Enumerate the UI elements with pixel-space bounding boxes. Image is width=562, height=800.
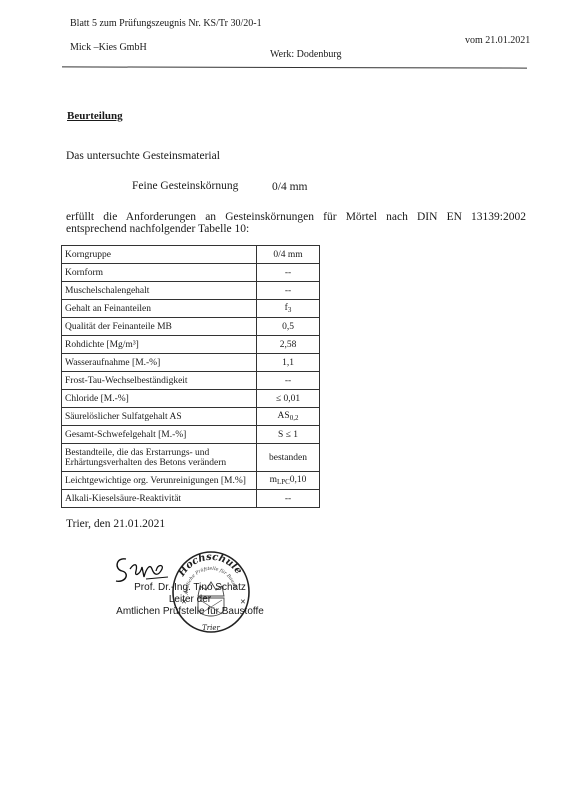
table-row: Gesamt-Schwefelgehalt [M.-%]S ≤ 1	[62, 426, 320, 444]
signatory-institution: Amtlichen Prüfstelle für Baustoffe	[90, 606, 290, 617]
value-cell: S ≤ 1	[257, 426, 320, 444]
statement-line-2: entsprechend nachfolgender Tabelle 10:	[66, 223, 249, 235]
value-cell: --	[257, 490, 320, 508]
table-row: Kornform--	[62, 264, 320, 282]
material-name: Feine Gesteinskörnung	[132, 180, 238, 192]
property-cell: Säurelöslicher Sulfatgehalt AS	[62, 408, 257, 426]
property-cell: Alkali-Kieselsäure-Reaktivität	[62, 490, 257, 508]
signatory-name: Prof. Dr.-Ing. Tino Schatz	[90, 582, 290, 593]
statement-line-1: erfüllt die Anforderungen an Gesteinskör…	[66, 211, 526, 223]
table-row: Rohdichte [Mg/m³]2,58	[62, 336, 320, 354]
table-row: Qualität der Feinanteile MB0,5	[62, 318, 320, 336]
value-cell: --	[257, 264, 320, 282]
property-cell: Korngruppe	[62, 246, 257, 264]
property-cell: Muschelschalengehalt	[62, 282, 257, 300]
table-row: Korngruppe0/4 mm	[62, 246, 320, 264]
property-cell: Kornform	[62, 264, 257, 282]
property-cell: Frost-Tau-Wechselbeständigkeit	[62, 372, 257, 390]
table-row: Alkali-Kieselsäure-Reaktivität--	[62, 490, 320, 508]
property-cell: Gehalt an Feinanteilen	[62, 300, 257, 318]
table-row: Leichtgewichtige org. Verunreinigungen […	[62, 472, 320, 490]
table-row: Bestandteile, die das Erstarrungs- undEr…	[62, 444, 320, 472]
header-divider	[62, 66, 527, 68]
property-cell: Rohdichte [Mg/m³]	[62, 336, 257, 354]
value-cell: bestanden	[257, 444, 320, 472]
svg-text:Hochschule: Hochschule	[176, 552, 244, 580]
section-title: Beurteilung	[67, 110, 123, 122]
value-cell: --	[257, 282, 320, 300]
value-cell: mLPC0,10	[257, 472, 320, 490]
svg-text:Trier: Trier	[202, 624, 220, 632]
value-cell: 1,1	[257, 354, 320, 372]
material-size: 0/4 mm	[272, 181, 307, 193]
plant-name: Werk: Dodenburg	[270, 49, 342, 60]
property-cell: Leichtgewichtige org. Verunreinigungen […	[62, 472, 257, 490]
property-cell: Chloride [M.-%]	[62, 390, 257, 408]
intro-text: Das untersuchte Gesteinsmaterial	[66, 150, 220, 162]
value-cell: --	[257, 372, 320, 390]
company-name: Mick –Kies GmbH	[70, 42, 147, 53]
table-row: Säurelöslicher Sulfatgehalt ASAS0,2	[62, 408, 320, 426]
property-cell: Wasseraufnahme [M.-%]	[62, 354, 257, 372]
sheet-reference: Blatt 5 zum Prüfungszeugnis Nr. KS/Tr 30…	[70, 18, 262, 29]
place-date: Trier, den 21.01.2021	[66, 518, 165, 530]
value-cell: 2,58	[257, 336, 320, 354]
signatory-role: Leiter der	[90, 594, 290, 605]
table-row: Chloride [M.-%]≤ 0,01	[62, 390, 320, 408]
table-row: Gehalt an Feinanteilenf3	[62, 300, 320, 318]
value-cell: ≤ 0,01	[257, 390, 320, 408]
table-row: Wasseraufnahme [M.-%]1,1	[62, 354, 320, 372]
property-cell: Bestandteile, die das Erstarrungs- undEr…	[62, 444, 257, 472]
value-cell: f3	[257, 300, 320, 318]
table-row: Frost-Tau-Wechselbeständigkeit--	[62, 372, 320, 390]
value-cell: 0/4 mm	[257, 246, 320, 264]
header-date: vom 21.01.2021	[465, 35, 530, 46]
requirements-table: Korngruppe0/4 mmKornform--Muschelschalen…	[61, 245, 320, 508]
property-cell: Gesamt-Schwefelgehalt [M.-%]	[62, 426, 257, 444]
value-cell: 0,5	[257, 318, 320, 336]
value-cell: AS0,2	[257, 408, 320, 426]
table-row: Muschelschalengehalt--	[62, 282, 320, 300]
property-cell: Qualität der Feinanteile MB	[62, 318, 257, 336]
requirement-statement: erfüllt die Anforderungen an Gesteinskör…	[66, 211, 526, 235]
